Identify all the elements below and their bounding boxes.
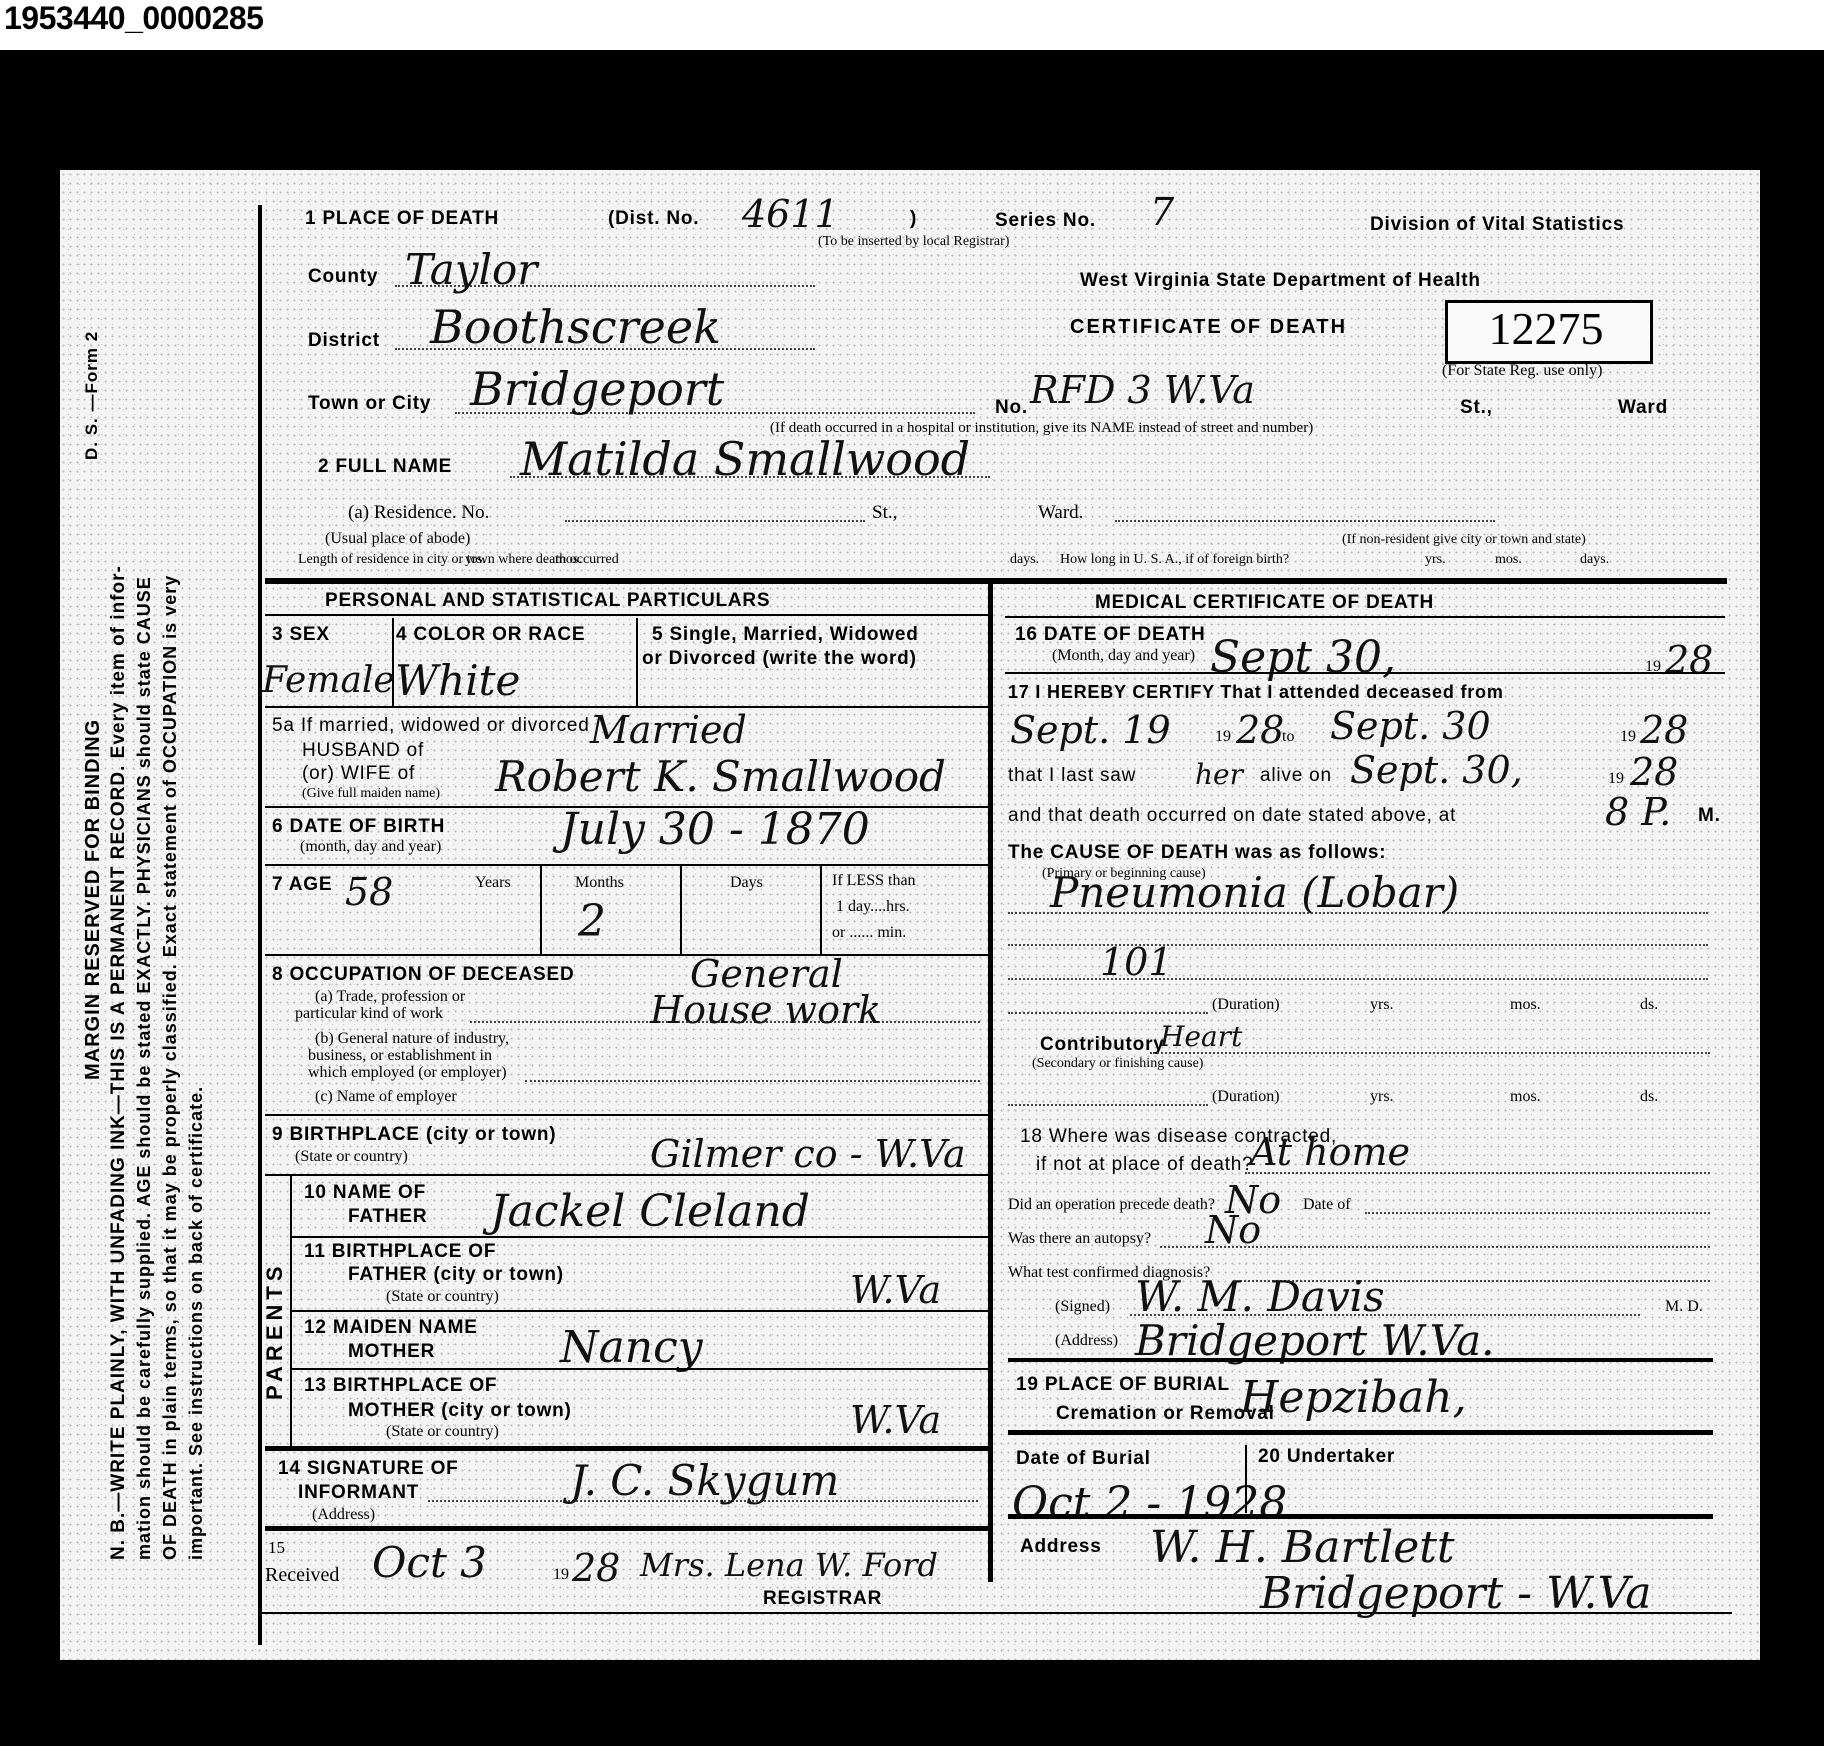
undertaker-address: Bridgeport - W.Va xyxy=(1260,1568,1652,1619)
father-label-2: FATHER xyxy=(348,1206,427,1228)
residence-st-label: St., xyxy=(872,502,897,524)
father-birthplace-label-1: 11 BIRTHPLACE OF xyxy=(304,1241,496,1263)
autopsy-value: No xyxy=(1205,1208,1261,1252)
dod-value: Sept 30, xyxy=(1210,632,1396,683)
nonresident-note: (If non-resident give city or town and s… xyxy=(1342,532,1586,548)
length-mos: mos. xyxy=(555,552,582,568)
spouse-label-3: (or) WIFE of xyxy=(302,763,415,785)
birthplace-value: Gilmer co - W.Va xyxy=(650,1132,966,1176)
dist-no-label: (Dist. No. xyxy=(608,208,699,230)
received-number: 15 xyxy=(268,1538,285,1558)
foreign-yrs: yrs. xyxy=(1425,552,1446,568)
received-label: Received xyxy=(265,1564,339,1587)
spouse-label-1: 5a If married, widowed or divorced xyxy=(272,715,590,737)
undertaker-name: W. H. Bartlett xyxy=(1150,1522,1455,1573)
abode-note: (Usual place of abode) xyxy=(325,530,470,548)
occ-b-line-2: business, or establishment in xyxy=(308,1047,492,1065)
primary-duration-yrs: yrs. xyxy=(1370,996,1394,1014)
mother-birthplace-label-1: 13 BIRTHPLACE OF xyxy=(304,1375,497,1397)
informant-label-2: INFORMANT xyxy=(298,1482,419,1504)
primary-duration-mos: mos. xyxy=(1510,996,1541,1014)
race-label: 4 COLOR OR RACE xyxy=(396,624,585,646)
series-no-label: Series No. xyxy=(995,210,1096,232)
race-value: White xyxy=(395,656,520,705)
father-birthplace-value: W.Va xyxy=(850,1268,941,1312)
mother-birthplace-label-2: MOTHER (city or town) xyxy=(348,1400,572,1422)
no-value: RFD 3 W.Va xyxy=(1030,368,1255,412)
informant-address-label: (Address) xyxy=(312,1506,375,1524)
spouse-label-2: HUSBAND of xyxy=(302,740,424,762)
scan-top-bar xyxy=(0,50,1824,68)
place-of-death-label: 1 PLACE OF DEATH xyxy=(305,208,499,230)
district-label: District xyxy=(308,330,380,352)
registrar-label: REGISTRAR xyxy=(763,1588,882,1610)
primary-duration-ds: ds. xyxy=(1640,996,1658,1014)
full-name-value: Matilda Smallwood xyxy=(520,432,970,486)
town-value: Bridgeport xyxy=(470,362,724,416)
mother-label-1: 12 MAIDEN NAME xyxy=(304,1317,478,1339)
no-label: No. xyxy=(995,397,1028,419)
years-label: Years xyxy=(475,874,511,892)
burial-date-label: Date of Burial xyxy=(1016,1448,1151,1470)
form-number: D. S. —Form 2 xyxy=(82,331,102,460)
occupation-label: 8 OCCUPATION OF DECEASED xyxy=(272,964,574,986)
attended-from-year: 28 xyxy=(1236,708,1284,752)
months-label: Months xyxy=(575,874,624,892)
dist-no-value: 4611 xyxy=(742,192,839,236)
last-saw-year: 28 xyxy=(1630,750,1678,794)
foreign-days: days. xyxy=(1580,552,1609,568)
burial-place-value: Hepzibah, xyxy=(1240,1372,1467,1423)
ward-label: Ward xyxy=(1618,397,1668,419)
received-year-prefix: 19 xyxy=(553,1566,569,1584)
cause-extra-value: 101 xyxy=(1100,940,1173,984)
district-value: Boothscreek xyxy=(430,300,721,354)
medical-section-title: MEDICAL CERTIFICATE OF DEATH xyxy=(1095,592,1434,614)
dod-label: 16 DATE OF DEATH xyxy=(1015,624,1206,646)
st-label: St., xyxy=(1460,397,1493,419)
contributory-value: Heart xyxy=(1160,1020,1242,1053)
md-label: M. D. xyxy=(1665,1298,1703,1316)
dob-sub: (month, day and year) xyxy=(300,838,441,856)
operation-label: Did an operation precede death? xyxy=(1008,1196,1215,1214)
birthplace-label: 9 BIRTHPLACE (city or town) xyxy=(272,1124,556,1146)
attended-to-year-prefix: 19 xyxy=(1620,728,1636,746)
certificate-title: CERTIFICATE OF DEATH xyxy=(1070,316,1347,339)
registrar-signature: Mrs. Lena W. Ford xyxy=(640,1546,938,1584)
dist-no-close: ) xyxy=(910,208,917,230)
department-label: West Virginia State Department of Health xyxy=(1080,270,1481,292)
margin-line-2: mation should be carefully supplied. AGE… xyxy=(134,576,155,1560)
series-no-value: 7 xyxy=(1150,190,1174,234)
foreign-birth-label: How long in U. S. A., if of foreign birt… xyxy=(1060,552,1289,568)
column-divider xyxy=(988,582,993,1582)
foreign-mos: mos. xyxy=(1495,552,1522,568)
margin-line-4: important. See instructions on back of c… xyxy=(186,1086,207,1560)
marital-value: Married xyxy=(590,708,747,752)
less-than-line-3: or ...... min. xyxy=(832,924,906,942)
spouse-label-4: (Give full maiden name) xyxy=(302,786,440,802)
physician-address-label: (Address) xyxy=(1055,1332,1118,1350)
dob-value: July 30 - 1870 xyxy=(560,804,870,855)
occ-a-line-2: particular kind of work xyxy=(295,1005,443,1023)
length-yrs: yrs. xyxy=(465,552,486,568)
death-time-value: 8 P. xyxy=(1605,790,1671,834)
autopsy-label: Was there an autopsy? xyxy=(1008,1230,1151,1248)
days-label: Days xyxy=(730,874,763,892)
attended-from-year-prefix: 19 xyxy=(1215,728,1231,746)
dod-year: 28 xyxy=(1665,638,1713,682)
division-label: Division of Vital Statistics xyxy=(1370,214,1624,236)
secondary-cause-note: (Secondary or finishing cause) xyxy=(1032,1056,1203,1072)
signed-label: (Signed) xyxy=(1055,1298,1110,1316)
secondary-duration-yrs: yrs. xyxy=(1370,1088,1394,1106)
last-saw-year-prefix: 19 xyxy=(1608,770,1624,788)
date-of-label: Date of xyxy=(1303,1196,1351,1214)
dod-sub: (Month, day and year) xyxy=(1052,647,1195,665)
father-birthplace-label-2: FATHER (city or town) xyxy=(348,1264,564,1286)
left-border xyxy=(258,205,262,1645)
occ-b-line-1: (b) General nature of industry, xyxy=(315,1030,509,1048)
undertaker-label: 20 Undertaker xyxy=(1258,1446,1395,1468)
cause-label: The CAUSE OF DEATH was as follows: xyxy=(1008,842,1386,864)
inserted-note: (To be inserted by local Registrar) xyxy=(818,234,1009,250)
received-date: Oct 3 xyxy=(372,1538,487,1587)
image-id-label: 1953440_0000285 xyxy=(4,0,263,37)
marital-label-1: 5 Single, Married, Widowed xyxy=(652,624,919,646)
certify-label: 17 I HEREBY CERTIFY That I attended dece… xyxy=(1008,682,1504,703)
attended-to-date: Sept. 30 xyxy=(1330,704,1491,748)
burial-label-1: 19 PLACE OF BURIAL xyxy=(1016,1374,1230,1396)
state-reg-note: (For State Reg. use only) xyxy=(1442,362,1602,380)
father-birthplace-sub: (State or country) xyxy=(386,1288,499,1306)
death-time-suffix: M. xyxy=(1698,805,1721,827)
secondary-duration-mos: mos. xyxy=(1510,1088,1541,1106)
margin-line-3: OF DEATH in plain terms, so that it may … xyxy=(160,575,181,1560)
mother-birthplace-sub: (State or country) xyxy=(386,1423,499,1441)
age-years-value: 58 xyxy=(345,870,393,914)
length-days: days. xyxy=(1010,552,1039,568)
marital-label-2: or Divorced (write the word) xyxy=(642,648,917,670)
mother-name-value: Nancy xyxy=(560,1322,703,1373)
full-name-label: 2 FULL NAME xyxy=(318,456,452,478)
sex-value: Female xyxy=(262,660,395,701)
occ-b-line-3: which employed (or employer) xyxy=(308,1064,507,1082)
residence-label: (a) Residence. No. xyxy=(348,502,489,524)
last-saw-label: that I last saw xyxy=(1008,765,1136,787)
occ-c-label: (c) Name of employer xyxy=(315,1088,457,1106)
county-value: Taylor xyxy=(405,245,537,294)
secondary-duration-ds: ds. xyxy=(1640,1088,1658,1106)
contracted-value: At home xyxy=(1250,1130,1410,1174)
personal-section-title: PERSONAL AND STATISTICAL PARTICULARS xyxy=(325,590,770,612)
received-year: 28 xyxy=(572,1546,620,1590)
alive-on-label: alive on xyxy=(1260,765,1332,787)
spouse-value: Robert K. Smallwood xyxy=(495,752,946,801)
less-than-line-1: If LESS than xyxy=(832,872,916,890)
mother-label-2: MOTHER xyxy=(348,1341,435,1363)
father-label-1: 10 NAME OF xyxy=(304,1182,426,1204)
to-label: to xyxy=(1282,728,1294,746)
contributory-label: Contributory xyxy=(1040,1034,1165,1056)
death-time-label: and that death occurred on date stated a… xyxy=(1008,805,1456,827)
undertaker-address-label: Address xyxy=(1020,1536,1102,1558)
mother-birthplace-value: W.Va xyxy=(850,1398,941,1442)
secondary-duration-label: (Duration) xyxy=(1212,1088,1280,1106)
margin-line-1: N. B.—WRITE PLAINLY, WITH UNFADING INK—T… xyxy=(108,565,130,1560)
parents-label: PARENTS xyxy=(262,1262,288,1401)
father-name-value: Jackel Cleland xyxy=(490,1186,810,1237)
county-label: County xyxy=(308,266,378,288)
contracted-label-2: if not at place of death? xyxy=(1036,1154,1254,1176)
informant-label-1: 14 SIGNATURE OF xyxy=(278,1458,459,1480)
attended-from-date: Sept. 19 xyxy=(1010,708,1171,752)
occupation-value-2: House work xyxy=(650,988,881,1032)
header-divider xyxy=(265,578,1727,584)
cause-value: Pneumonia (Lobar) xyxy=(1050,868,1459,917)
attended-to-year: 28 xyxy=(1640,708,1688,752)
informant-signature: J. C. Skygum xyxy=(570,1456,839,1505)
age-months-value: 2 xyxy=(578,896,606,947)
less-than-line-2: 1 day....hrs. xyxy=(836,898,910,916)
physician-signature: W. M. Davis xyxy=(1135,1272,1385,1321)
last-saw-pronoun: her xyxy=(1195,758,1243,791)
certificate-number: 12275 xyxy=(1445,300,1647,358)
occ-a-line-1: (a) Trade, profession or xyxy=(315,988,465,1006)
town-label: Town or City xyxy=(308,393,431,415)
last-saw-date: Sept. 30, xyxy=(1350,748,1523,792)
dob-label: 6 DATE OF BIRTH xyxy=(272,816,445,838)
primary-duration-label: (Duration) xyxy=(1212,996,1280,1014)
birthplace-sub: (State or country) xyxy=(295,1148,408,1166)
age-label: 7 AGE xyxy=(272,874,332,896)
sex-label: 3 SEX xyxy=(272,624,330,646)
margin-reserved-label: MARGIN RESERVED FOR BINDING xyxy=(82,719,105,1080)
residence-ward-label: Ward. xyxy=(1038,502,1083,524)
